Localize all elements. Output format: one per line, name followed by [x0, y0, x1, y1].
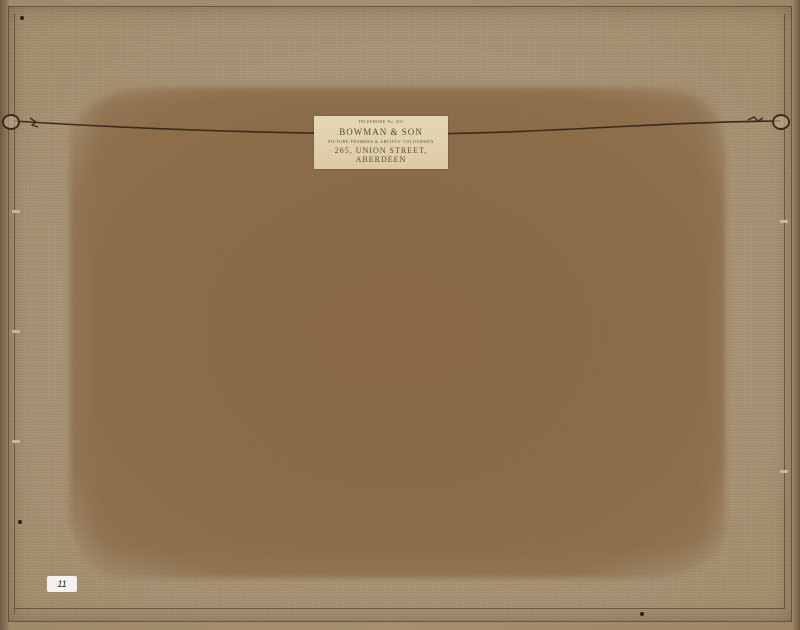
dark-spot — [20, 16, 24, 20]
label-trade: PICTURE FRAMERS & ARTISTS' COLOURMEN — [314, 140, 448, 144]
dark-spot — [640, 612, 644, 616]
board-edge-right — [784, 14, 785, 609]
board-edge-left — [14, 14, 15, 614]
tack-mark — [12, 210, 20, 213]
d-ring-right-icon — [772, 114, 790, 130]
lot-number-sticker: 11 — [47, 576, 77, 592]
board-edge-bottom — [14, 608, 784, 609]
dark-spot — [18, 520, 22, 524]
tack-mark — [12, 330, 20, 333]
label-name: BOWMAN & SON — [314, 128, 448, 137]
tack-mark — [780, 470, 788, 473]
tack-mark — [780, 220, 788, 223]
d-ring-left-icon — [2, 114, 20, 130]
label-city: ABERDEEN — [314, 156, 448, 164]
label-address: 265, UNION STREET, — [314, 147, 448, 155]
tack-mark — [12, 440, 20, 443]
label-telephone: TELEPHONE No. 831 — [314, 120, 448, 124]
framer-label: TELEPHONE No. 831 BOWMAN & SON PICTURE F… — [314, 116, 448, 169]
